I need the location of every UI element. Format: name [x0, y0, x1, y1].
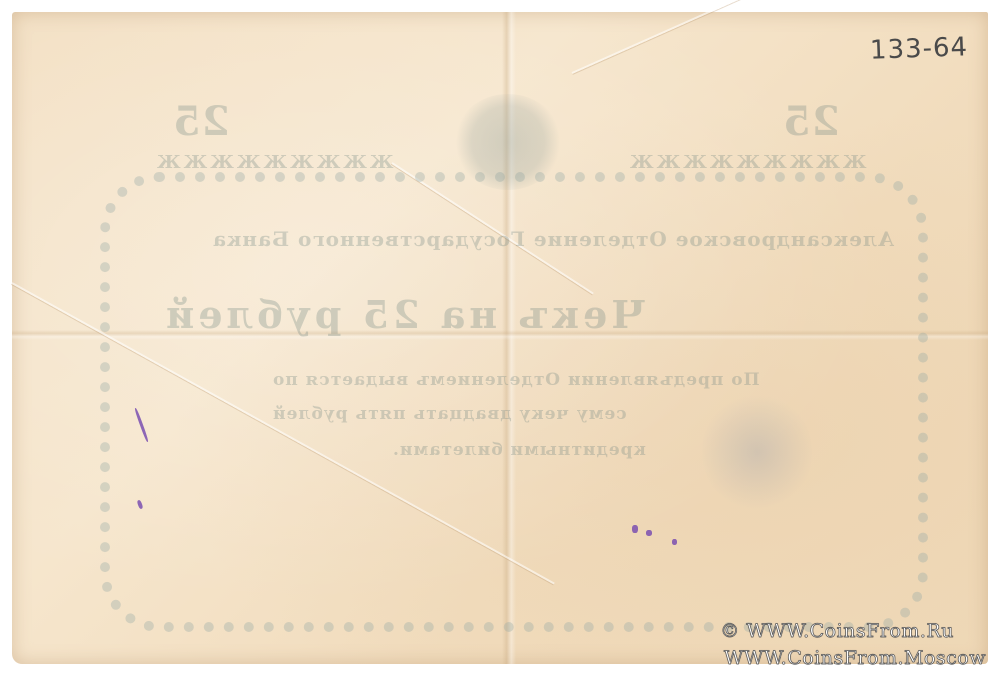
violet-ink-dot: [632, 525, 638, 533]
denomination-right-ghost: 25: [782, 98, 840, 145]
violet-ink-dot: [646, 530, 652, 536]
banknote-reverse: 25 25 ЖЖЖЖЖЖЖЖЖ ЖЖЖЖЖЖЖЖЖ Александровско…: [12, 12, 988, 664]
value-line-ghost: Чекъ на 25 рублей: [162, 292, 646, 337]
body-line-ghost: сему чеку двадцать пять рублей: [272, 404, 627, 424]
serial-left-ghost: ЖЖЖЖЖЖЖЖЖ: [154, 152, 394, 173]
watermark-ru: © WWW.CoinsFrom.Ru: [720, 620, 954, 642]
denomination-left-ghost: 25: [172, 98, 230, 145]
violet-ink-dot: [672, 539, 677, 545]
serial-right-ghost: ЖЖЖЖЖЖЖЖЖ: [627, 152, 867, 173]
eagle-emblem-ghost: [454, 94, 562, 190]
crease: [572, 0, 847, 74]
issuer-line-ghost: Александровское Отделение Государственно…: [212, 227, 894, 251]
watermark-moscow: WWW.CoinsFrom.Moscow: [724, 647, 986, 669]
handwritten-catalog-number: 133-64: [870, 32, 969, 65]
stamp-ghost: [702, 392, 812, 512]
body-line-ghost: По предъявлении Отделениемъ выдается по: [272, 370, 760, 390]
body-line-ghost: кредитными билетами.: [392, 440, 646, 460]
